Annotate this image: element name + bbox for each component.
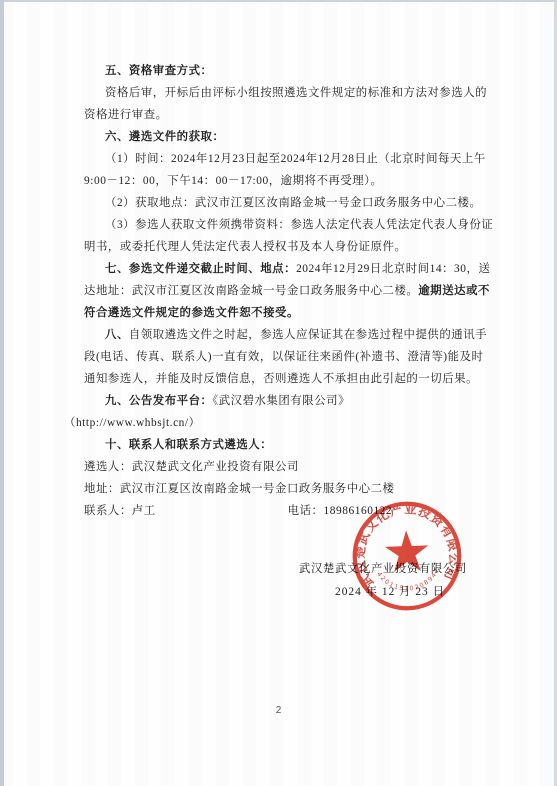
text-segment: 六、遴选文件的获取： xyxy=(105,131,224,143)
document-line: （http://www.whbsjt.cn/） xyxy=(64,412,476,434)
text-segment: 八、 xyxy=(105,329,129,341)
text-segment: 2024年12月29日北京时间14：30，送 xyxy=(296,263,490,275)
text-segment: （3）参选人获取文件须携带资料：参选人法定代表人凭法定代表人身份证 xyxy=(105,219,493,231)
document-line: 段(电话、传真、联系人)一直有效，以保证往来函件(补遗书、澄清等)能及时 xyxy=(84,346,476,368)
document-line: （1）时间：2024年12月23日起至2024年12月28日止（北京时间每天上午 xyxy=(84,148,476,170)
text-segment: 五、资格审查方式： xyxy=(105,65,212,77)
signature-company: 武汉楚武文化产业投资有限公司 xyxy=(299,560,499,576)
document-line: 明书，或委托代理人凭法定代表人授权书及本人身份证原件。 xyxy=(84,236,476,258)
text-segment: 符合遴选文件规定的参选文件恕不接受。 xyxy=(84,307,299,319)
signature-date: 2024 年 12 月 23 日 xyxy=(299,583,499,599)
text-segment: 资格进行审查。 xyxy=(84,109,168,121)
text-segment: 段(电话、传真、联系人)一直有效，以保证往来函件(补遗书、澄清等)能及时 xyxy=(84,351,483,363)
text-segment: 十、联系人和联系方式遴选人： xyxy=(105,439,272,451)
document-page: 五、资格审查方式：资格后审，开标后由评标小组按照遴选文件规定的标准和方法对参选人… xyxy=(0,0,557,786)
text-segment: （1）时间：2024年12月23日起至2024年12月28日止（北京时间每天上午 xyxy=(105,153,486,165)
text-segment: （2）获取地点：武汉市江夏区汝南路金城一号金口政务服务中心二楼。 xyxy=(105,197,481,209)
text-segment: 达地址：武汉市江夏区汝南路金城一号金口政务服务中心二楼。 xyxy=(84,285,418,297)
text-segment: 联系人：卢工 xyxy=(84,505,156,517)
signature-block: 武汉楚武文化产业投资有限公司 2024 年 12 月 23 日 xyxy=(299,560,499,599)
document-line: 9:00－12：00，下午14：00－17:00，逾期将不再受理）。 xyxy=(84,170,476,192)
text-segment: 《武汉碧水集团有限公司》 xyxy=(212,395,350,407)
document-line: 通知参选人，并能及时反馈信息，否则遴选人不承担由此引起的一切后果。 xyxy=(84,368,476,390)
text-segment: 逾期送达或不 xyxy=(418,285,490,297)
document-line: 遴选人：武汉楚武文化产业投资有限公司 xyxy=(84,456,476,478)
text-segment: 通知参选人，并能及时反馈信息，否则遴选人不承担由此引起的一切后果。 xyxy=(84,373,478,385)
text-segment: （http://www.whbsjt.cn/） xyxy=(64,417,201,429)
document-line: 达地址：武汉市江夏区汝南路金城一号金口政务服务中心二楼。逾期送达或不 xyxy=(84,280,476,302)
document-body: 五、资格审查方式：资格后审，开标后由评标小组按照遴选文件规定的标准和方法对参选人… xyxy=(84,60,476,522)
page-number: 2 xyxy=(0,705,557,716)
document-line: 资格后审，开标后由评标小组按照遴选文件规定的标准和方法对参选人的 xyxy=(84,82,476,104)
text-segment: 七、参选文件递交截止时间、地点： xyxy=(105,263,296,275)
document-line: 十、联系人和联系方式遴选人： xyxy=(84,434,476,456)
document-line: （2）获取地点：武汉市江夏区汝南路金城一号金口政务服务中心二楼。 xyxy=(84,192,476,214)
text-segment: 地址：武汉市江夏区汝南路金城一号金口政务服务中心二楼 xyxy=(84,483,394,495)
text-segment: 自领取遴选文件之时起，参选人应保证其在参选过程中提供的通讯手 xyxy=(129,329,487,341)
text-segment: 电话：18986160122 xyxy=(288,505,393,517)
document-line: 资格进行审查。 xyxy=(84,104,476,126)
text-segment: 资格后审，开标后由评标小组按照遴选文件规定的标准和方法对参选人的 xyxy=(105,87,487,99)
document-line: 九、公告发布平台：《武汉碧水集团有限公司》 xyxy=(84,390,476,412)
document-line: 八、自领取遴选文件之时起，参选人应保证其在参选过程中提供的通讯手 xyxy=(84,324,476,346)
document-line: 联系人：卢工电话：18986160122 xyxy=(84,500,476,522)
document-line: 五、资格审查方式： xyxy=(84,60,476,82)
text-segment: 遴选人：武汉楚武文化产业投资有限公司 xyxy=(84,461,299,473)
document-line: 七、参选文件递交截止时间、地点：2024年12月29日北京时间14：30，送 xyxy=(84,258,476,280)
text-segment: 9:00－12：00，下午14：00－17:00，逾期将不再受理）。 xyxy=(84,175,382,187)
text-segment: 明书，或委托代理人凭法定代表人授权书及本人身份证原件。 xyxy=(84,241,406,253)
document-line: （3）参选人获取文件须携带资料：参选人法定代表人凭法定代表人身份证 xyxy=(84,214,476,236)
text-segment: 九、公告发布平台： xyxy=(105,395,212,407)
document-line: 六、遴选文件的获取： xyxy=(84,126,476,148)
document-line: 符合遴选文件规定的参选文件恕不接受。 xyxy=(84,302,476,324)
document-line: 地址：武汉市江夏区汝南路金城一号金口政务服务中心二楼 xyxy=(84,478,476,500)
